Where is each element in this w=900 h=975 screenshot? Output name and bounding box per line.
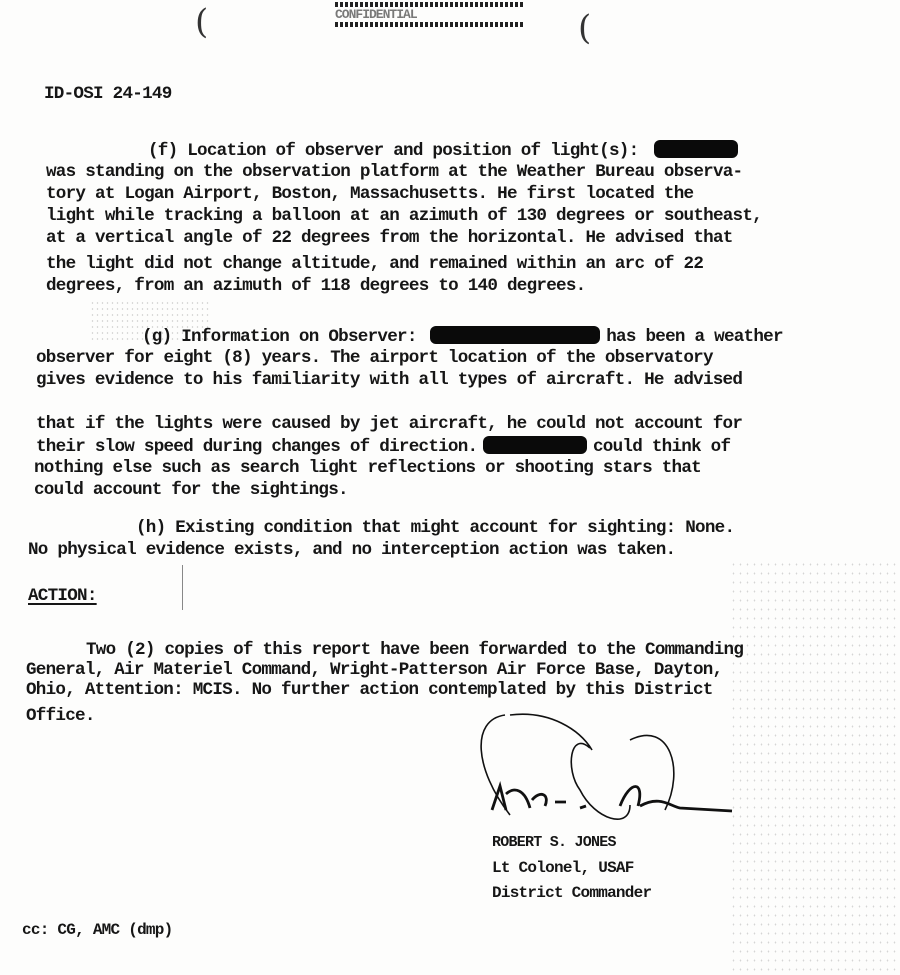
- paragraph-h-line: No physical evidence exists, and no inte…: [28, 540, 675, 560]
- signatory-rank: Lt Colonel, USAF: [492, 858, 634, 878]
- document-page: CONFIDENTIAL ( ( ID-OSI 24-149 (f) Locat…: [0, 0, 900, 975]
- redaction: [430, 326, 600, 344]
- action-line: Office.: [26, 706, 95, 726]
- stamp-text: CONFIDENTIAL: [335, 7, 417, 22]
- paragraph-f-line: the light did not change altitude, and r…: [46, 254, 703, 274]
- paragraph-f-line: at a vertical angle of 22 degrees from t…: [46, 228, 733, 248]
- handwritten-signature: [470, 710, 760, 840]
- cc-line: cc: CG, AMC (dmp): [22, 920, 172, 940]
- scan-artifact-line: [182, 565, 183, 610]
- paragraph-g-text: has been a weather: [606, 327, 783, 347]
- paragraph-g-line: that if the lights were caused by jet ai…: [36, 414, 742, 434]
- paragraph-f-line: (f) Location of observer and position of…: [148, 140, 738, 161]
- paragraph-g-text: their slow speed during changes of direc…: [36, 437, 477, 457]
- paragraph-f-line: tory at Logan Airport, Boston, Massachus…: [46, 184, 693, 204]
- paragraph-g-line: (g) Information on Observer: has been a …: [142, 326, 783, 347]
- paragraph-g-line: could account for the sightings.: [34, 480, 348, 500]
- file-number: ID-OSI 24-149: [44, 84, 172, 104]
- paragraph-g-heading: (g) Information on Observer:: [142, 327, 417, 347]
- action-line: Ohio, Attention: MCIS. No further action…: [26, 680, 713, 700]
- paragraph-f-line: degrees, from an azimuth of 118 degrees …: [46, 276, 585, 296]
- redaction: [483, 436, 587, 454]
- paragraph-g-line: observer for eight (8) years. The airpor…: [36, 348, 713, 368]
- paragraph-g-text: could think of: [593, 437, 730, 457]
- action-heading: ACTION:: [28, 586, 97, 606]
- action-line: General, Air Materiel Command, Wright-Pa…: [26, 660, 722, 680]
- signatory-title: District Commander: [492, 883, 651, 903]
- paragraph-g-line: gives evidence to his familiarity with a…: [36, 370, 742, 390]
- action-line: Two (2) copies of this report have been …: [86, 640, 743, 660]
- signatory-name: ROBERT S. JONES: [492, 833, 616, 853]
- classification-stamp: CONFIDENTIAL: [335, 0, 525, 30]
- paragraph-g-line: nothing else such as search light reflec…: [34, 458, 701, 478]
- redaction: [654, 140, 738, 158]
- punch-mark: (: [195, 2, 208, 42]
- paragraph-g-line: their slow speed during changes of direc…: [36, 436, 730, 457]
- punch-mark: (: [578, 8, 591, 48]
- paragraph-f-line: was standing on the observation platform…: [46, 162, 742, 182]
- paragraph-f-heading: (f) Location of observer and position of…: [148, 141, 638, 161]
- paragraph-f-line: light while tracking a balloon at an azi…: [46, 206, 762, 226]
- paragraph-h-line: (h) Existing condition that might accoun…: [136, 518, 734, 538]
